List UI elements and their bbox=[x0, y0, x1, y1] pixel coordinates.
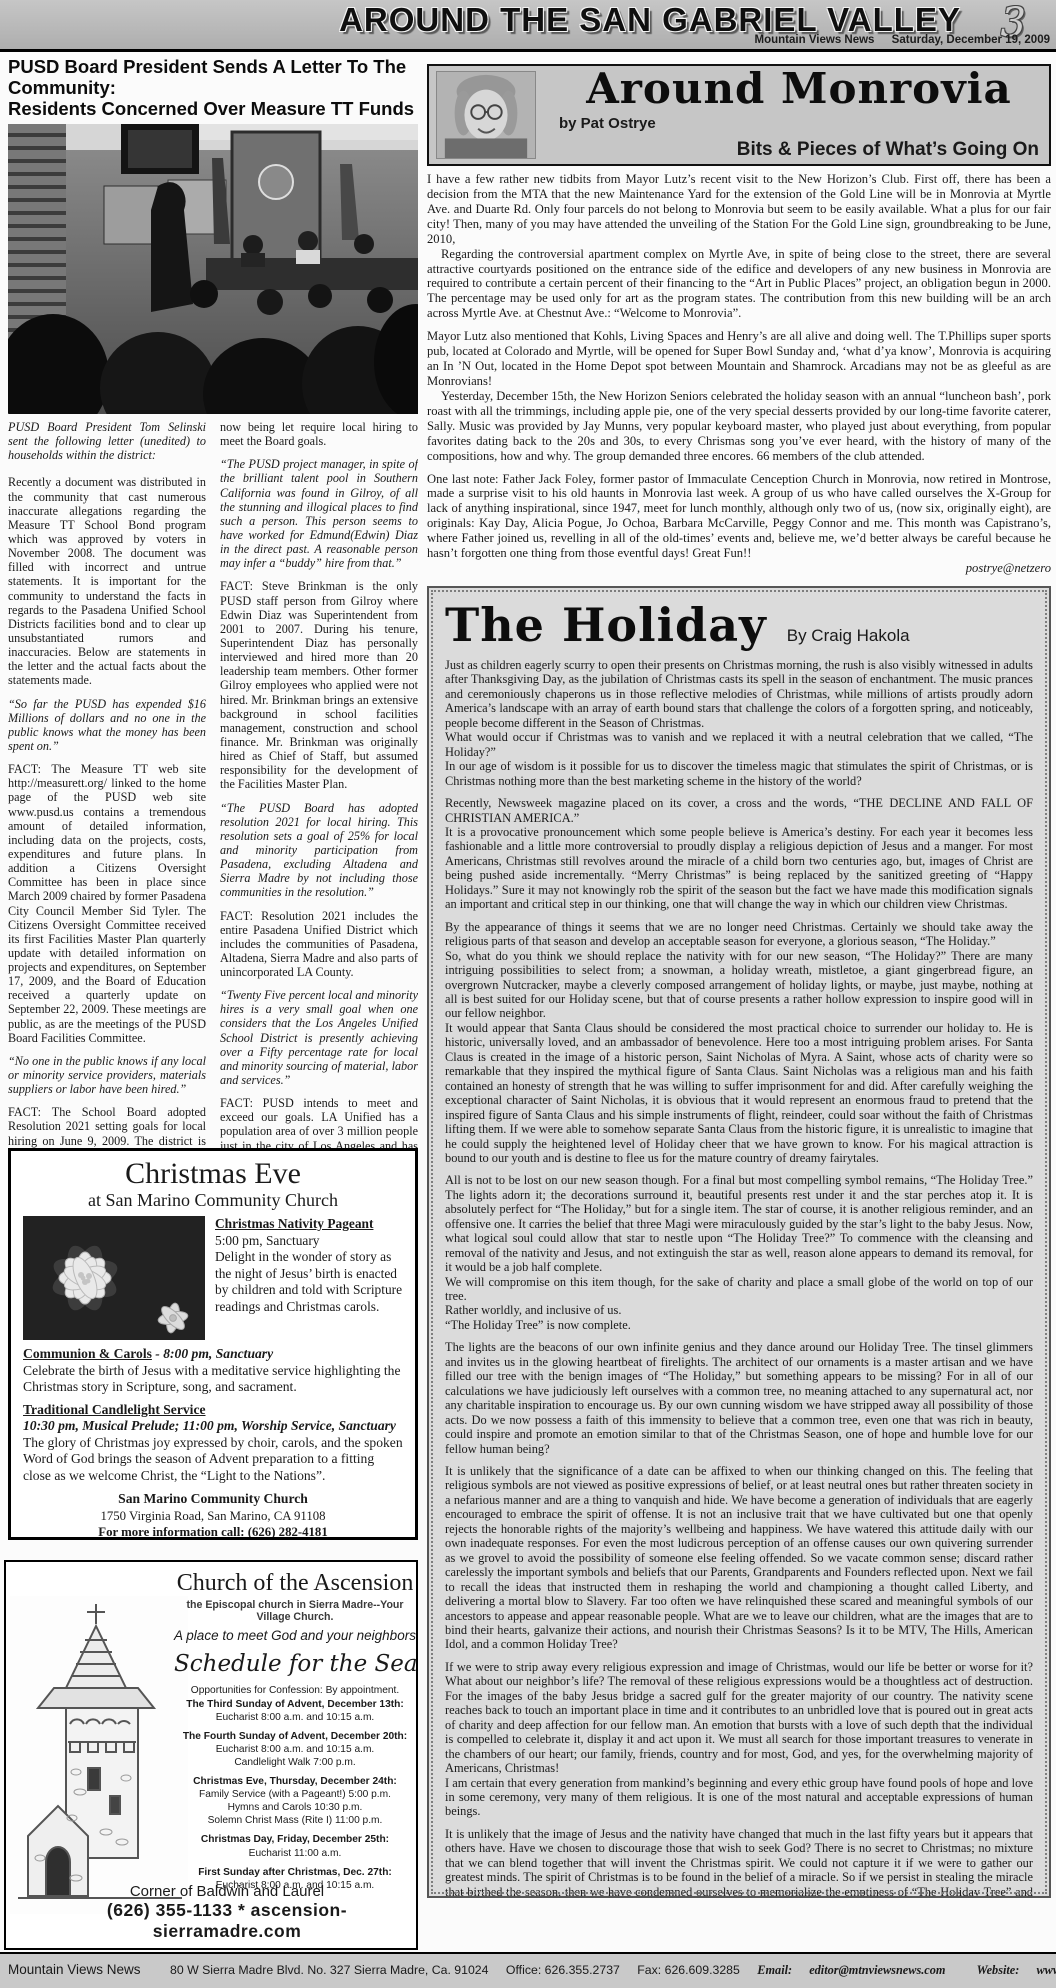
the-holiday-body: Just as children eagerly scurry to open … bbox=[445, 658, 1033, 1898]
footer-email-label: Email: bbox=[757, 1963, 792, 1977]
ascension-schedule: Opportunities for Confession: By appoint… bbox=[174, 1684, 416, 1892]
pusd-quote: “Twenty Five percent local and minority … bbox=[220, 988, 418, 1087]
ascension-phone-web: (626) 355-1133 * ascension-sierramadre.c… bbox=[46, 1900, 408, 1942]
page-footer: Mountain Views News 80 W Sierra Madre Bl… bbox=[0, 1952, 1056, 1988]
pusd-fact-paragraph: FACT: Steve Brinkman is the only PUSD st… bbox=[220, 579, 418, 791]
poinsettia-photo bbox=[23, 1216, 205, 1340]
holiday-paragraph: The lights are the beacons of our own in… bbox=[445, 1340, 1033, 1456]
pusd-quote: “So far the PUSD has expended $16 Millio… bbox=[8, 697, 206, 754]
candlelight-service-heading: Traditional Candlelight Service bbox=[23, 1402, 403, 1419]
christmas-eve-ad-title: Christmas Eve bbox=[23, 1157, 403, 1190]
issue-date: Saturday, December 19, 2009 bbox=[892, 34, 1050, 46]
header-band: AROUND THE SAN GABRIEL VALLEY 3 Mountain… bbox=[0, 0, 1056, 52]
candlelight-service-desc: The glory of Christmas joy expressed by … bbox=[23, 1435, 403, 1485]
schedule-heading: The Third Sunday of Advent, December 13t… bbox=[174, 1698, 416, 1711]
footer-fax: Fax: 626.609.3285 bbox=[637, 1963, 740, 1977]
schedule-entry: Christmas Eve, Thursday, December 24th: … bbox=[174, 1775, 416, 1827]
monrovia-paragraph: Yesterday, December 15th, the New Horizo… bbox=[427, 389, 1051, 464]
footer-email-address: editor@mtnviewsnews.com bbox=[809, 1963, 945, 1977]
publication-name: Mountain Views News bbox=[755, 34, 875, 46]
church-drawing bbox=[10, 1596, 188, 1914]
monrovia-signoff-email: postrye@netzero bbox=[427, 561, 1051, 576]
church-name: San Marino Community Church bbox=[23, 1490, 403, 1508]
confession-line: Opportunities for Confession: By appoint… bbox=[174, 1684, 416, 1697]
around-monrovia-byline: by Pat Ostrye bbox=[559, 115, 656, 132]
masthead-line: Mountain Views News Saturday, December 1… bbox=[741, 34, 1050, 46]
church-phone-line: For more information call: (626) 282-418… bbox=[23, 1524, 403, 1540]
communion-carols-time: - 8:00 pm, Sanctuary bbox=[152, 1346, 273, 1361]
nativity-pageant-desc: Delight in the wonder of story as the ni… bbox=[215, 1249, 403, 1315]
holiday-paragraph: I am certain that every generation from … bbox=[445, 1776, 1033, 1819]
newspaper-page: AROUND THE SAN GABRIEL VALLEY 3 Mountain… bbox=[0, 0, 1056, 1988]
ascension-location: Corner of Baldwin and Laurel bbox=[46, 1883, 408, 1900]
christmas-eve-ad: Christmas Eve at San Marino Community Ch… bbox=[8, 1148, 418, 1540]
around-monrovia-tagline: Bits & Pieces of What’s Going On bbox=[737, 139, 1039, 161]
holiday-paragraph: Just as children eagerly scurry to open … bbox=[445, 658, 1033, 730]
holiday-paragraph: If we were to strip away every religious… bbox=[445, 1660, 1033, 1776]
pusd-col-1: PUSD Board President Tom Selinski sent t… bbox=[8, 420, 206, 1156]
monrovia-paragraph: Mayor Lutz also mentioned that Kohls, Li… bbox=[427, 329, 1051, 389]
church-address: 1750 Virginia Road, San Marino, CA 91108 bbox=[23, 1508, 403, 1525]
pusd-fact-paragraph: FACT: Resolution 2021 includes the entir… bbox=[220, 909, 418, 980]
schedule-line: Eucharist 11:00 a.m. bbox=[174, 1847, 416, 1860]
footer-website-url: www.mtnviewsnews.com bbox=[1036, 1963, 1056, 1977]
san-marino-church-info: San Marino Community Church 1750 Virgini… bbox=[23, 1490, 403, 1540]
the-holiday-title: The Holiday bbox=[445, 598, 767, 652]
footer-address: 80 W Sierra Madre Blvd. No. 327 Sierra M… bbox=[170, 1963, 489, 1977]
pusd-headline: PUSD Board President Sends A Letter To T… bbox=[8, 56, 418, 119]
footer-office-phone: Office: 626.355.2737 bbox=[506, 1963, 620, 1977]
holiday-paragraph: Rather worldly, and inclusive of us. bbox=[445, 1303, 1033, 1317]
the-holiday-header: The Holiday By Craig Hakola bbox=[445, 598, 1033, 652]
holiday-paragraph: It would appear that Santa Claus should … bbox=[445, 1021, 1033, 1166]
ascension-contact: Corner of Baldwin and Laurel (626) 355-1… bbox=[46, 1883, 408, 1942]
candlelight-service-time: 10:30 pm, Musical Prelude; 11:00 pm, Wor… bbox=[23, 1418, 403, 1435]
communion-carols-block: Communion & Carols - 8:00 pm, Sanctuary … bbox=[23, 1346, 403, 1396]
ascension-tagline: A place to meet God and your neighbors bbox=[174, 1628, 416, 1643]
schedule-line: Candlelight Walk 7:00 p.m. bbox=[174, 1756, 416, 1769]
holiday-paragraph: So, what do you think we should replace … bbox=[445, 949, 1033, 1021]
monrovia-paragraph: One last note: Father Jack Foley, former… bbox=[427, 472, 1051, 562]
pusd-quote: “No one in the public knows if any local… bbox=[8, 1054, 206, 1096]
nativity-pageant-time: 5:00 pm, Sanctuary bbox=[215, 1233, 403, 1250]
monrovia-paragraph: I have a few rather new tidbits from May… bbox=[427, 172, 1051, 247]
schedule-title: Schedule for the Season bbox=[174, 1651, 416, 1677]
pat-ostrye-photo bbox=[436, 71, 536, 159]
schedule-entry: The Third Sunday of Advent, December 13t… bbox=[174, 1698, 416, 1724]
pusd-paragraph: now being let require local hiring to me… bbox=[220, 420, 418, 448]
footer-email: Email: editor@mtnviewsnews.com bbox=[757, 1963, 962, 1977]
holiday-paragraph: Recently, Newsweek magazine placed on it… bbox=[445, 796, 1033, 825]
holiday-paragraph: In our age of wisdom is it possible for … bbox=[445, 759, 1033, 788]
ascension-title: Church of the Ascension bbox=[174, 1570, 416, 1597]
schedule-line: Family Service (with a Pageant!) 5:00 p.… bbox=[174, 1788, 416, 1801]
around-monrovia-header: Around Monrovia by Pat Ostrye Bits & Pie… bbox=[427, 64, 1051, 166]
schedule-heading: Christmas Eve, Thursday, December 24th: bbox=[174, 1775, 416, 1788]
around-monrovia-title: Around Monrovia bbox=[554, 64, 1044, 113]
footer-publication: Mountain Views News bbox=[8, 1962, 141, 1977]
pusd-quote: “The PUSD Board has adopted resolution 2… bbox=[220, 801, 418, 900]
ascension-ad: Church of the Ascension the Episcopal ch… bbox=[4, 1560, 418, 1950]
ascension-subtitle: the Episcopal church in Sierra Madre--Yo… bbox=[174, 1599, 416, 1623]
holiday-paragraph: “The Holiday Tree” is now complete. bbox=[445, 1318, 1033, 1332]
holiday-paragraph: It is unlikely that the image of Jesus a… bbox=[445, 1827, 1033, 1898]
around-monrovia-section: Around Monrovia by Pat Ostrye Bits & Pie… bbox=[427, 64, 1051, 582]
board-meeting-photo bbox=[8, 124, 418, 414]
footer-website-label: Website: bbox=[977, 1963, 1020, 1977]
holiday-paragraph: It is a provocative pronouncement which … bbox=[445, 825, 1033, 912]
ascension-ad-text: Church of the Ascension the Episcopal ch… bbox=[174, 1570, 416, 1898]
holiday-paragraph: All is not to be lost on our new season … bbox=[445, 1173, 1033, 1274]
the-holiday-section: The Holiday By Craig Hakola Just as chil… bbox=[427, 586, 1051, 1898]
communion-carols-heading: Communion & Carols bbox=[23, 1346, 152, 1361]
around-monrovia-body: I have a few rather new tidbits from May… bbox=[427, 172, 1051, 582]
schedule-heading: The Fourth Sunday of Advent, December 20… bbox=[174, 1730, 416, 1743]
monrovia-paragraph: Regarding the controversial apartment co… bbox=[427, 247, 1051, 322]
holiday-paragraph: It is unlikely that the significance of … bbox=[445, 1464, 1033, 1652]
communion-carols-desc: Celebrate the birth of Jesus with a medi… bbox=[23, 1363, 403, 1396]
nativity-pageant-block: Christmas Nativity Pageant 5:00 pm, Sanc… bbox=[215, 1216, 403, 1340]
christmas-eve-ad-subtitle: at San Marino Community Church bbox=[23, 1190, 403, 1211]
pusd-fact-paragraph: FACT: The Measure TT web site http://mea… bbox=[8, 762, 206, 1045]
holiday-paragraph: What would occur if Christmas was to van… bbox=[445, 730, 1033, 759]
pusd-headline-line2: Residents Concerned Over Measure TT Fund… bbox=[8, 98, 418, 119]
pusd-quote: “The PUSD project manager, in spite of t… bbox=[220, 457, 418, 570]
schedule-line: Eucharist 8:00 a.m. and 10:15 a.m. bbox=[174, 1711, 416, 1724]
nativity-pageant-heading: Christmas Nativity Pageant bbox=[215, 1216, 403, 1233]
footer-website: Website: www.mtnviewsnews.com bbox=[977, 1963, 1056, 1977]
schedule-entry: Christmas Day, Friday, December 25th: Eu… bbox=[174, 1833, 416, 1859]
schedule-entry: The Fourth Sunday of Advent, December 20… bbox=[174, 1730, 416, 1769]
pusd-article-body: PUSD Board President Tom Selinski sent t… bbox=[8, 420, 418, 1156]
schedule-line: Solemn Christ Mass (Rite I) 11:00 p.m. bbox=[174, 1814, 416, 1827]
candlelight-service-block: Traditional Candlelight Service 10:30 pm… bbox=[23, 1402, 403, 1485]
the-holiday-byline: By Craig Hakola bbox=[787, 626, 910, 646]
schedule-line: Hymns and Carols 10:30 p.m. bbox=[174, 1801, 416, 1814]
holiday-paragraph: By the appearance of things it seems tha… bbox=[445, 920, 1033, 949]
pusd-article: PUSD Board President Sends A Letter To T… bbox=[8, 56, 418, 1156]
pusd-paragraph: Recently a document was distributed in t… bbox=[8, 475, 206, 687]
schedule-heading: First Sunday after Christmas, Dec. 27th: bbox=[174, 1866, 416, 1879]
pusd-headline-line1: PUSD Board President Sends A Letter To T… bbox=[8, 56, 418, 98]
schedule-heading: Christmas Day, Friday, December 25th: bbox=[174, 1833, 416, 1846]
pusd-fact-text: FACT: PUSD intends to meet and exceed ou… bbox=[220, 1096, 418, 1152]
photo-caption: PUSD Board President Tom Selinski sent t… bbox=[8, 420, 206, 462]
pusd-col-2: now being let require local hiring to me… bbox=[220, 420, 418, 1156]
schedule-line: Eucharist 8:00 a.m. and 10:15 a.m. bbox=[174, 1743, 416, 1756]
holiday-paragraph: We will compromise on this item though, … bbox=[445, 1275, 1033, 1304]
